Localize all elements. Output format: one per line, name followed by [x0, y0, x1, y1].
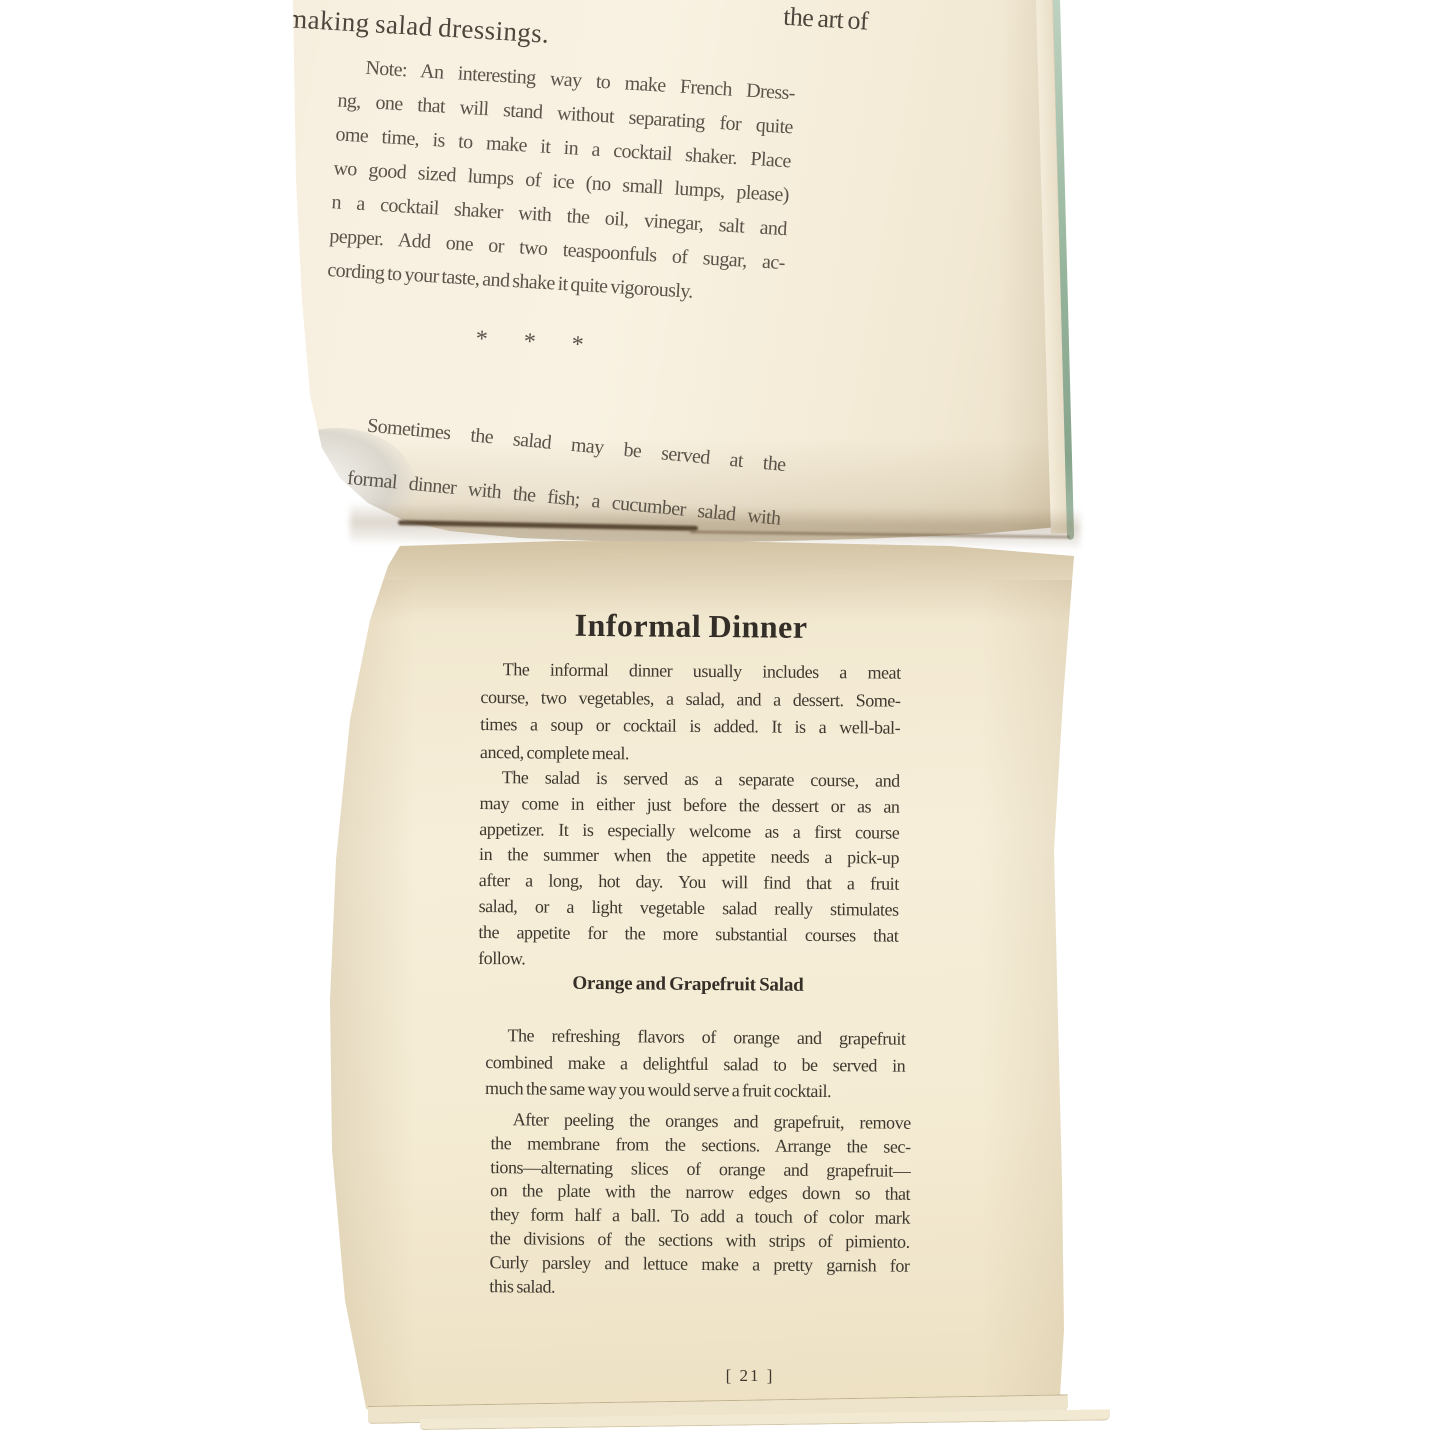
bottom-page-right-shading — [980, 580, 1080, 1420]
open-cookbook-photo: the art of making salad dressings. Note:… — [0, 0, 1445, 1445]
body-line: on the plate with the narrow edges down … — [490, 1179, 910, 1206]
top-page: the art of making salad dressings. Note:… — [0, 0, 1100, 560]
body-line: the divisions of the sections with strip… — [490, 1227, 910, 1254]
body-line: the membrane from the sections. Arrange … — [490, 1132, 910, 1159]
body-line: may come in either just before the desse… — [479, 791, 899, 820]
body-line: salad, or a light vegetable salad really… — [479, 894, 899, 923]
recipe-method-paragraph: After peeling the oranges and grapefruit… — [489, 1108, 911, 1302]
body-line: The salad is served as a separate course… — [480, 765, 900, 794]
asterisk-separator: *** — [263, 309, 824, 376]
recipe-intro-paragraph: The refreshing flavors of orange and gra… — [485, 1022, 906, 1105]
section-heading: Informal Dinner — [481, 606, 901, 647]
body-line: After peeling the oranges and grapefruit… — [491, 1108, 911, 1135]
note-paragraph: Note: An interesting way to make French … — [267, 46, 840, 317]
body-line: after a long, hot day. You will find tha… — [479, 868, 899, 897]
salad-course-paragraph: The salad is served as a separate course… — [478, 765, 900, 975]
bottom-page-left-shading — [320, 580, 415, 1420]
body-line: Curly parsley and lettuce make a pretty … — [489, 1251, 909, 1278]
bottom-page-text: Informal Dinner The informal dinner usua… — [474, 520, 902, 1445]
body-line: tions—alternating slices of orange and g… — [490, 1156, 910, 1183]
top-page-text: the art of making salad dressings. Note:… — [251, 0, 844, 583]
body-line: combined make a delightful salad to be s… — [485, 1049, 905, 1079]
body-line: course, two vegetables, a salad, and a d… — [480, 683, 900, 714]
intro-paragraph: The informal dinner usually includes a m… — [480, 656, 901, 770]
bottom-page: Informal Dinner The informal dinner usua… — [300, 520, 1120, 1445]
body-line: they form half a ball. To add a touch of… — [490, 1203, 910, 1230]
body-line: The informal dinner usually includes a m… — [481, 656, 901, 687]
body-line: much the same way you would serve a frui… — [485, 1075, 905, 1105]
page-number: [ 21 ] — [700, 1366, 800, 1386]
body-line: in the summer when the appetite needs a … — [479, 842, 899, 871]
body-line: follow. — [478, 946, 898, 975]
body-line: the appetite for the more substantial co… — [478, 920, 898, 949]
recipe-heading: Orange and Grapefruit Salad — [478, 972, 898, 998]
body-line: times a soup or cocktail is added. It is… — [480, 711, 900, 742]
body-line: this salad. — [489, 1275, 909, 1302]
body-line: appetizer. It is especially welcome as a… — [479, 817, 899, 846]
body-line: The refreshing flavors of orange and gra… — [485, 1022, 905, 1052]
